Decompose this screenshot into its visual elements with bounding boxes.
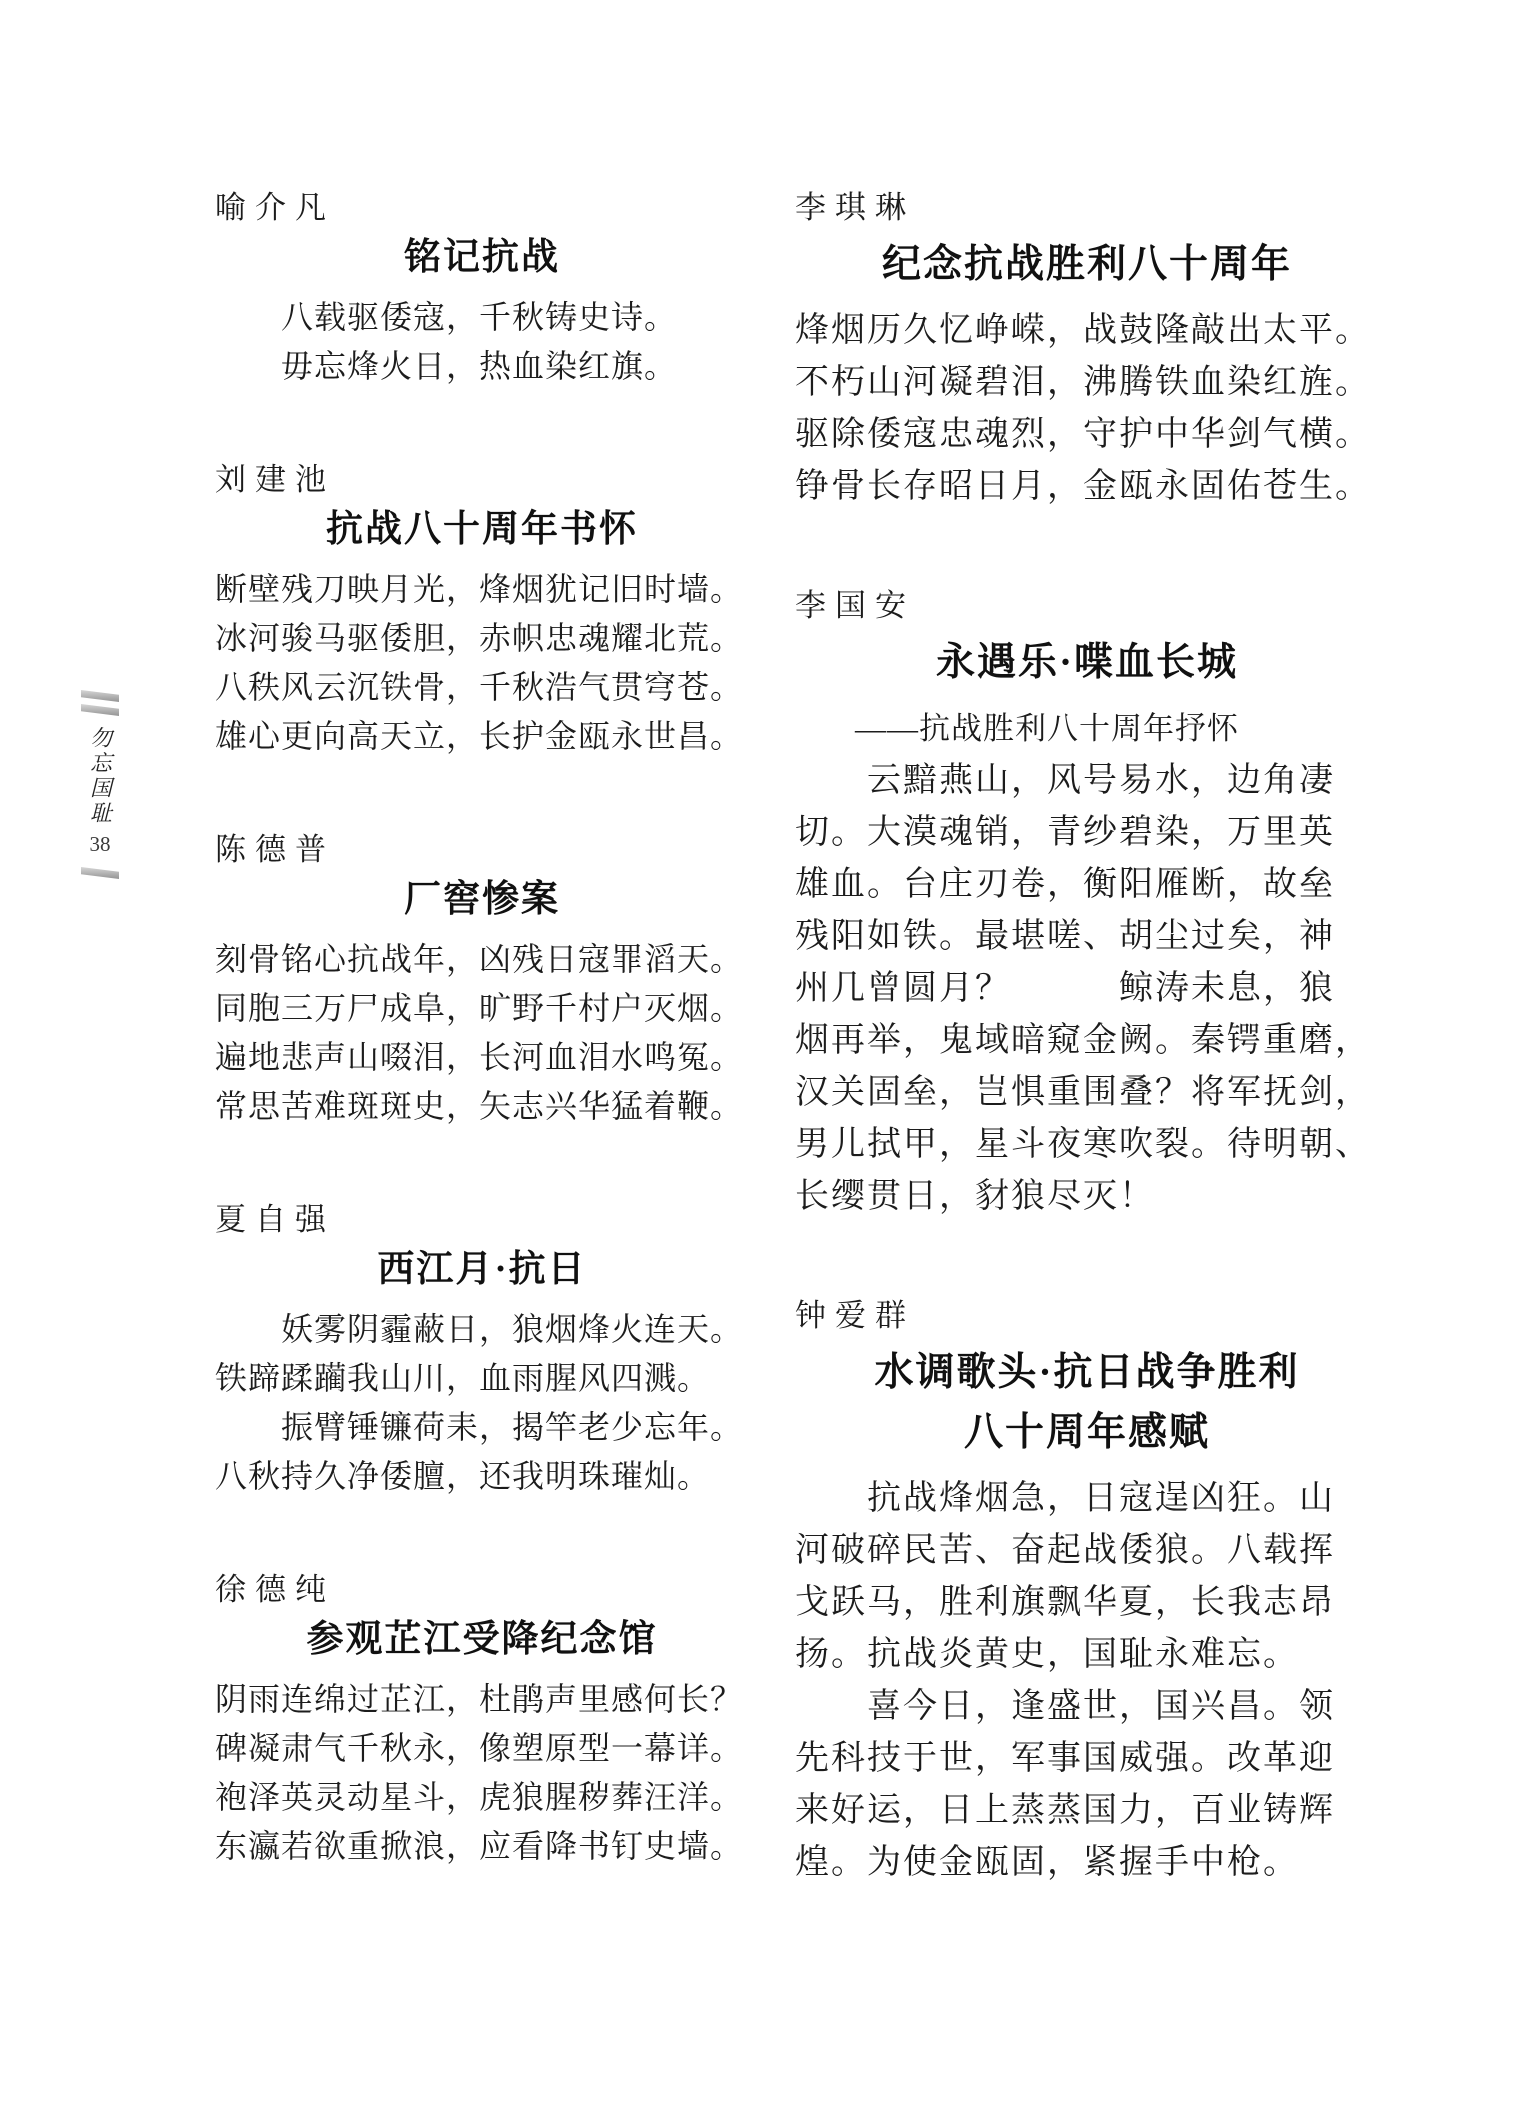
poem-line: 冰河骏马驱倭胆，赤帜忠魂耀北荒。	[215, 614, 749, 663]
poem-title: 抗战八十周年书怀	[215, 505, 749, 555]
poem-line: 雄心更向高天立，长护金瓯永世昌。	[215, 712, 749, 761]
poem-line: 阴雨连绵过芷江，杜鹃声里感何长？	[215, 1675, 749, 1724]
left-column: 喻介凡 铭记抗战 八载驱倭寇，千秋铸史诗。 毋忘烽火日，热血染红旗。 刘建池 抗…	[215, 185, 749, 1937]
poem-line: 常思苦难斑斑史，矢志兴华猛着鞭。	[215, 1082, 749, 1131]
poem-line: 振臂锤镰荷耒，揭竿老少忘年。	[215, 1403, 749, 1452]
poem-author: 钟爱群	[795, 1293, 1379, 1339]
poem-line: 刻骨铭心抗战年，凶残日寇罪滔天。	[215, 935, 749, 984]
poem-line: 来好运，日上蒸蒸国力，百业铸辉	[795, 1785, 1379, 1837]
poem-line: 长缨贯日，豺狼尽灭！	[795, 1171, 1379, 1223]
poem: 李国安 永遇乐·喋血长城 ——抗战胜利八十周年抒怀 云黯燕山，风号易水，边角凄 …	[795, 583, 1379, 1223]
poem-line: 切。大漠魂销，青纱碧染，万里英	[795, 807, 1379, 859]
poem-author: 李琪琳	[795, 185, 1379, 231]
poem-line: 碑凝肃气千秋永，像塑原型一幕详。	[215, 1724, 749, 1773]
poem: 喻介凡 铭记抗战 八载驱倭寇，千秋铸史诗。 毋忘烽火日，热血染红旗。	[215, 185, 749, 391]
poem-line: 云黯燕山，风号易水，边角凄	[795, 755, 1379, 807]
right-column: 李琪琳 纪念抗战胜利八十周年 烽烟历久忆峥嵘，战鼓隆敲出太平。 不朽山河凝碧泪，…	[795, 185, 1379, 1959]
poem: 徐德纯 参观芷江受降纪念馆 阴雨连绵过芷江，杜鹃声里感何长？ 碑凝肃气千秋永，像…	[215, 1567, 749, 1871]
poem-title: 厂窖惨案	[215, 875, 749, 925]
poem: 李琪琳 纪念抗战胜利八十周年 烽烟历久忆峥嵘，战鼓隆敲出太平。 不朽山河凝碧泪，…	[795, 185, 1379, 513]
poem: 陈德普 厂窖惨案 刻骨铭心抗战年，凶残日寇罪滔天。 同胞三万尸成阜，旷野千村户灭…	[215, 827, 749, 1131]
poem-line: 妖雾阴霾蔽日，狼烟烽火连天。	[215, 1305, 749, 1354]
bookmark-ribbon-bottom-icon	[81, 865, 119, 881]
poem-title: 水调歌头·抗日战争胜利	[795, 1345, 1379, 1401]
poem-line: 东瀛若欲重掀浪，应看降书钉史墙。	[215, 1822, 749, 1871]
ribbon-band-icon	[81, 704, 119, 716]
poem-title: 参观芷江受降纪念馆	[215, 1615, 749, 1665]
poem-line: 喜今日，逢盛世，国兴昌。领	[795, 1681, 1379, 1733]
poem-line: 铁蹄蹂躏我山川，血雨腥风四溅。	[215, 1354, 749, 1403]
poem-author: 刘建池	[215, 457, 749, 503]
poem-line: 驱除倭寇忠魂烈，守护中华剑气横。	[795, 409, 1379, 461]
poem-line: 雄血。台庄刃卷，衡阳雁断，故垒	[795, 859, 1379, 911]
page-number: 38	[90, 832, 111, 857]
poem-line: 八秩风云沉铁骨，千秋浩气贯穹苍。	[215, 663, 749, 712]
poem-author: 徐德纯	[215, 1567, 749, 1613]
poem-line: 抗战烽烟急，日寇逞凶狂。山	[795, 1473, 1379, 1525]
poem-title: 纪念抗战胜利八十周年	[795, 237, 1379, 293]
poem-line: 毋忘烽火日，热血染红旗。	[215, 342, 749, 391]
poem-line: 遍地悲声山啜泪，长河血泪水鸣冤。	[215, 1033, 749, 1082]
ribbon-band-icon	[81, 867, 119, 879]
poem-line: 烽烟历久忆峥嵘，战鼓隆敲出太平。	[795, 305, 1379, 357]
poem-line: 袍泽英灵动星斗，虎狼腥秽葬汪洋。	[215, 1773, 749, 1822]
ribbon-band-icon	[81, 690, 119, 702]
poem: 钟爱群 水调歌头·抗日战争胜利 八十周年感赋 抗战烽烟急，日寇逞凶狂。山 河破碎…	[795, 1293, 1379, 1889]
poem-line: 八载驱倭寇，千秋铸史诗。	[215, 293, 749, 342]
poem: 刘建池 抗战八十周年书怀 断壁残刀映月光，烽烟犹记旧时墙。 冰河骏马驱倭胆，赤帜…	[215, 457, 749, 761]
poem-line: 男儿拭甲，星斗夜寒吹裂。待明朝、	[795, 1119, 1379, 1171]
poem-line: 河破碎民苦、奋起战倭狼。八载挥	[795, 1525, 1379, 1577]
poem-line: 先科技于世，军事国威强。改革迎	[795, 1733, 1379, 1785]
poem-title: 八十周年感赋	[795, 1405, 1379, 1461]
poem-author: 喻介凡	[215, 185, 749, 231]
poem-line: 戈跃马，胜利旗飘华夏，长我志昂	[795, 1577, 1379, 1629]
poem: 夏自强 西江月·抗日 妖雾阴霾蔽日，狼烟烽火连天。 铁蹄蹂躏我山川，血雨腥风四溅…	[215, 1197, 749, 1501]
sidebar-label: 勿忘国耻	[85, 726, 116, 826]
poem-line: 铮骨长存昭日月，金瓯永固佑苍生。	[795, 461, 1379, 513]
poem-line: 断壁残刀映月光，烽烟犹记旧时墙。	[215, 565, 749, 614]
poem-line: 扬。抗战炎黄史，国耻永难忘。	[795, 1629, 1379, 1681]
poem-line: 州几曾圆月？ 鲸涛未息，狼	[795, 963, 1379, 1015]
poem-author: 夏自强	[215, 1197, 749, 1243]
poem-title: 铭记抗战	[215, 233, 749, 283]
poem-author: 李国安	[795, 583, 1379, 629]
poem-line: 同胞三万尸成阜，旷野千村户灭烟。	[215, 984, 749, 1033]
poem-line: 不朽山河凝碧泪，沸腾铁血染红旌。	[795, 357, 1379, 409]
poem-line: 残阳如铁。最堪嗟、胡尘过矣，神	[795, 911, 1379, 963]
poem-author: 陈德普	[215, 827, 749, 873]
poem-line: 煌。为使金瓯固，紧握手中枪。	[795, 1837, 1379, 1889]
bookmark-ribbon-top-icon	[81, 688, 119, 718]
poem-subtitle: ——抗战胜利八十周年抒怀	[795, 703, 1379, 755]
poem-title: 永遇乐·喋血长城	[795, 635, 1379, 691]
sidebar-bookmark: 勿忘国耻 38	[74, 688, 126, 881]
poem-line: 汉关固垒，岂惧重围叠？将军抚剑，	[795, 1067, 1379, 1119]
poem-title: 西江月·抗日	[215, 1245, 749, 1295]
poem-line: 八秋持久净倭膻，还我明珠璀灿。	[215, 1452, 749, 1501]
poem-line: 烟再举，鬼域暗窥金阙。秦锷重磨，	[795, 1015, 1379, 1067]
book-page: 勿忘国耻 38 喻介凡 铭记抗战 八载驱倭寇，千秋铸史诗。 毋忘烽火日，热血染红…	[0, 0, 1525, 2115]
